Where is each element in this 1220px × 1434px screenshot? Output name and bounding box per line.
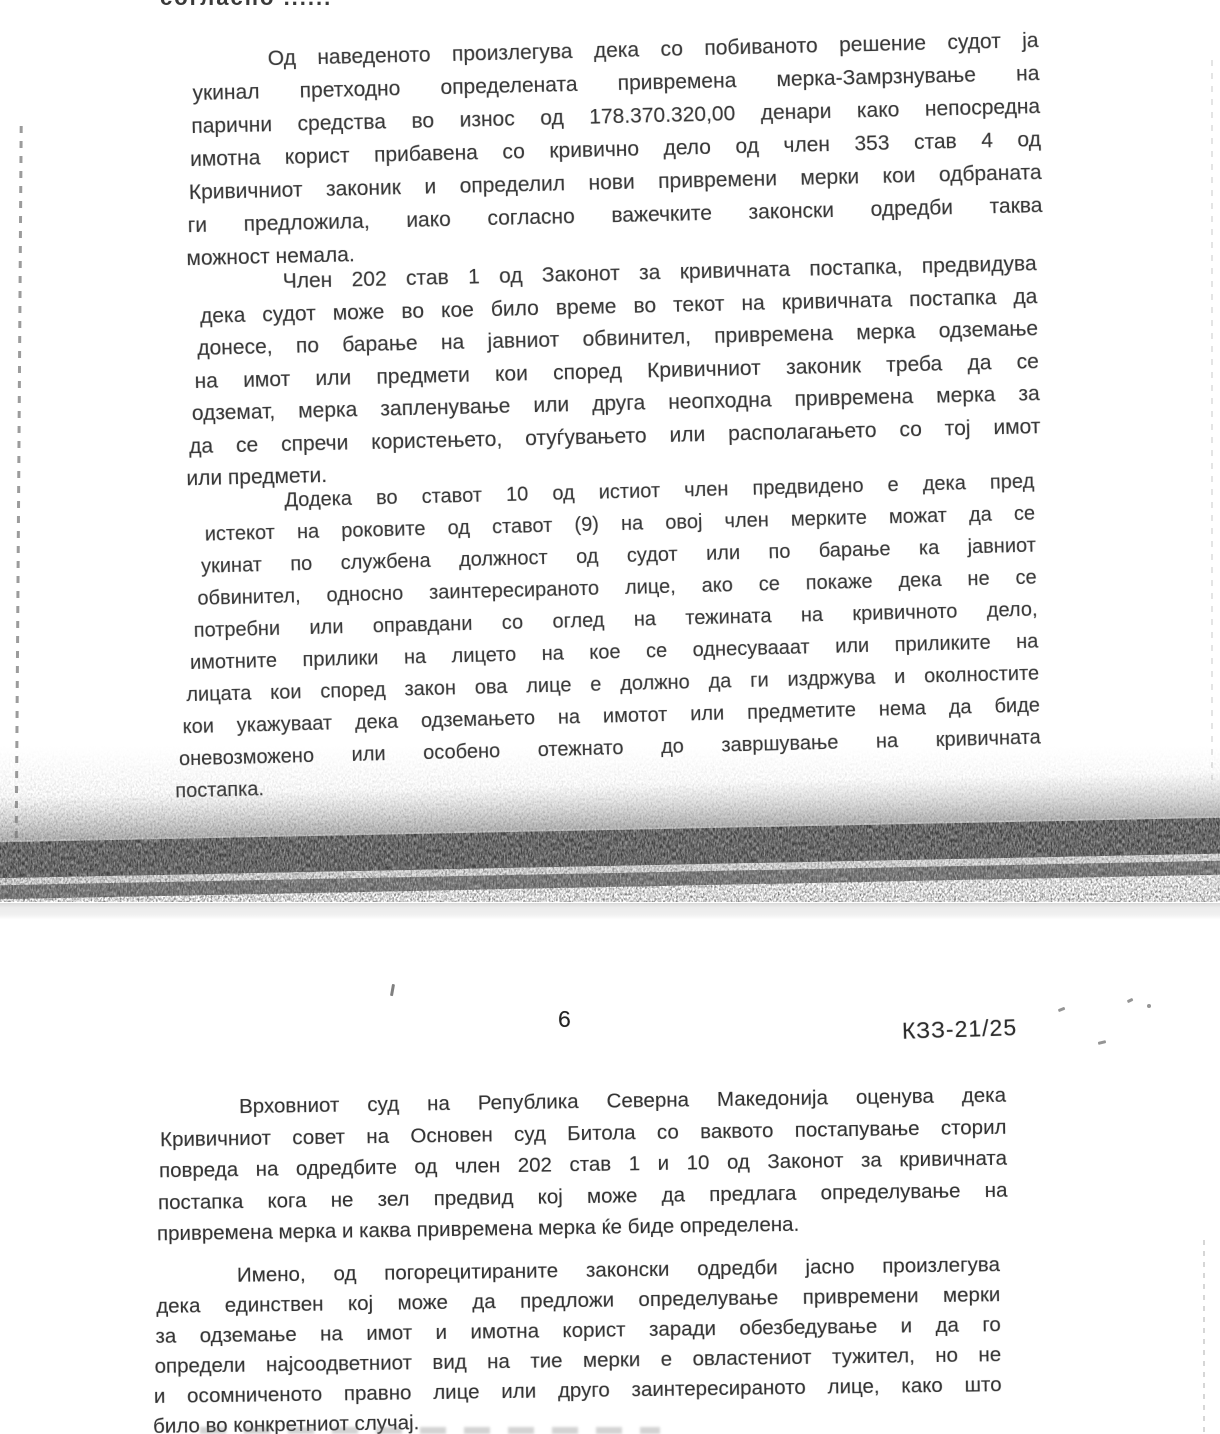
scanned-document-page: согласно ...... Од наведеното произлегув…: [0, 0, 1220, 1434]
paragraph-2: Член 202 став 1 од Законот за кривичната…: [202, 248, 1041, 495]
scan-speckle-tick: [390, 984, 395, 996]
clipped-text-bottom-artifact: [200, 1427, 660, 1434]
scan-speckle: [1147, 1004, 1151, 1008]
page-separator-strip: [0, 903, 1220, 919]
case-number: КЗЗ-21/25: [902, 1014, 1018, 1045]
scan-artifact-right-line-page2: [1203, 1240, 1205, 1434]
paragraph-1: Од наведеното произлегува дека со побива…: [193, 24, 1043, 275]
scan-speckle: [1127, 998, 1133, 1003]
scan-speckle: [1098, 1040, 1106, 1045]
clipped-text-top: согласно ......: [160, 0, 460, 11]
scan-artifact-right-line-page1: [1211, 60, 1213, 780]
paragraph-4: Врховниот суд на Република Северна Макед…: [161, 1080, 1008, 1250]
clipped-word: согласно ......: [160, 0, 460, 11]
scan-speckle: [1058, 1007, 1065, 1012]
paragraph-5: Имено, од погорецитираните законски одре…: [157, 1250, 1002, 1434]
scan-artifact-noise-band: [0, 746, 1220, 902]
band-speckle-noise: [0, 746, 1220, 902]
page-number: 6: [558, 1006, 571, 1033]
